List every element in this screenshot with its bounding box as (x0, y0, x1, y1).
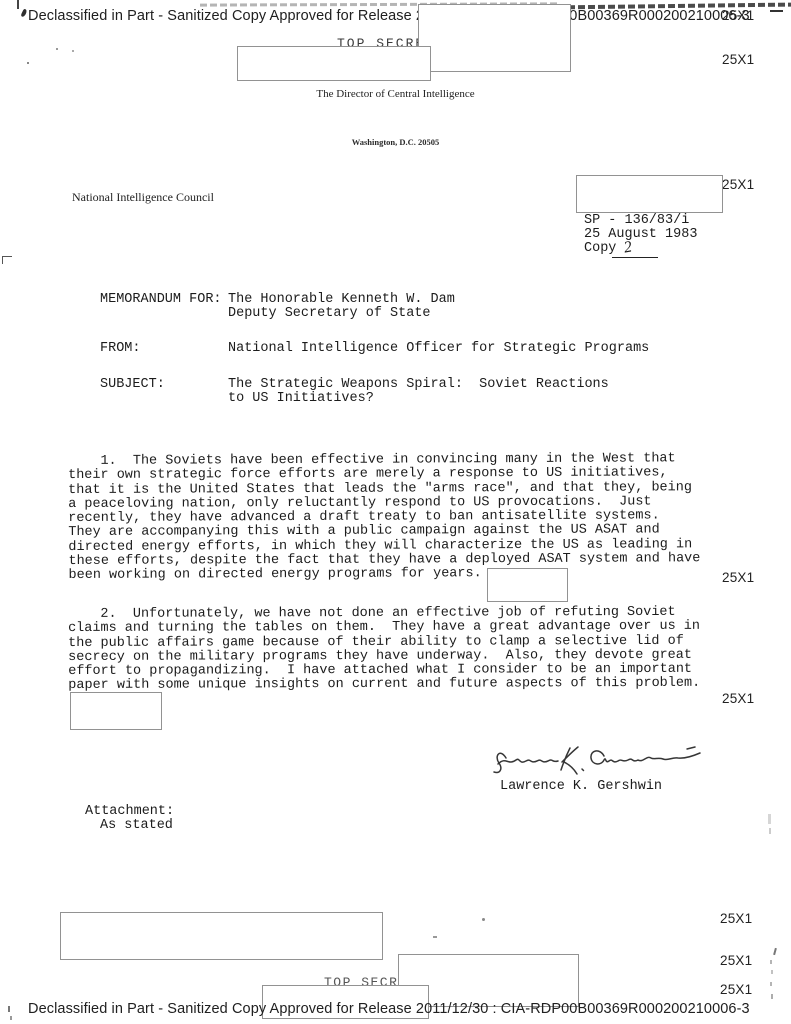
redaction-box (237, 46, 431, 81)
attachment-value: As stated (100, 819, 173, 833)
copy-number-underline (612, 257, 658, 258)
classification-marking-25x1: 25X1 (720, 982, 752, 997)
letterhead-org: The Director of Central Intelligence (0, 88, 791, 100)
scan-mark (2, 256, 12, 264)
scan-mark (773, 948, 777, 955)
classification-marking-25x1: 25X1 (720, 953, 752, 968)
scan-mark (72, 50, 74, 52)
scan-mark (769, 828, 771, 834)
scan-mark (27, 62, 29, 64)
body-paragraph-1: 1. The Soviets have been effective in co… (68, 452, 700, 583)
letterhead-office: National Intelligence Council (72, 190, 214, 205)
memo-subject-label: SUBJECT: (100, 378, 165, 392)
redaction-box (70, 692, 162, 730)
memo-subject-value: The Strategic Weapons Spiral: Soviet Rea… (228, 378, 609, 407)
scan-mark (770, 982, 772, 986)
classification-marking-25x1: 25X1 (722, 177, 754, 192)
scan-mark (770, 960, 772, 964)
scan-mark (771, 994, 773, 999)
body-paragraph-2: 2. Unfortunately, we have not done an ef… (68, 606, 700, 694)
scan-mark (56, 48, 58, 50)
memo-to-label: MEMORANDUM FOR: (100, 293, 222, 307)
classification-marking-25x1: 25X1 (722, 691, 754, 706)
classification-marking-25x1: 25X1 (722, 8, 754, 23)
declassification-banner-bottom: Declassified in Part - Sanitized Copy Ap… (28, 1001, 750, 1017)
copy-label: Copy (584, 242, 616, 256)
scan-mark (482, 918, 485, 921)
letterhead-address: Washington, D.C. 20505 (0, 137, 791, 147)
memo-from-value: National Intelligence Officer for Strate… (228, 342, 649, 356)
scan-mark (770, 10, 783, 12)
classification-marking-25x1: 25X1 (722, 570, 754, 585)
scan-mark (20, 9, 27, 18)
classification-marking-25x1: 25X1 (720, 911, 752, 926)
scan-mark (768, 814, 771, 824)
redaction-box (60, 912, 383, 960)
redaction-box (418, 4, 571, 72)
redaction-box (487, 568, 568, 602)
memo-to-value: The Honorable Kenneth W. Dam Deputy Secr… (228, 293, 455, 322)
scan-mark (10, 1016, 12, 1020)
signature-handwriting (492, 736, 707, 784)
declassification-banner-top: Declassified in Part - Sanitized Copy Ap… (28, 8, 750, 24)
classification-marking-25x1: 25X1 (722, 52, 754, 67)
scan-mark (433, 936, 437, 938)
scan-mark (8, 1006, 10, 1012)
redaction-box (576, 175, 723, 213)
scan-mark (17, 0, 19, 9)
scan-mark (771, 970, 773, 974)
memo-from-label: FROM: (100, 342, 141, 356)
signature-typed-name: Lawrence K. Gershwin (500, 780, 662, 794)
